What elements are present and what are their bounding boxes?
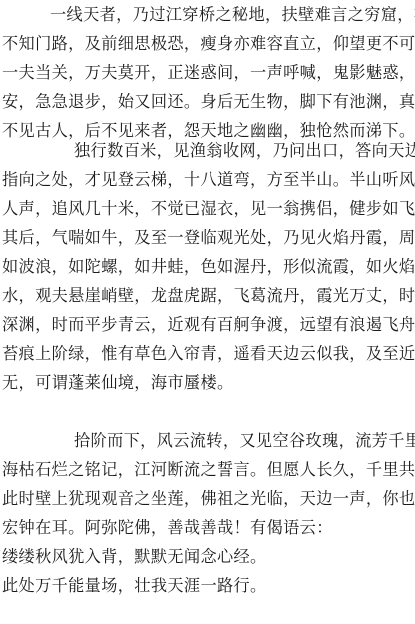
text-line: 一夫当关，万夫莫开，正迷惑间，一声呼喊，鬼影魅惑，心神不 [2, 58, 413, 87]
text-line: 无，可谓蓬莱仙境，海市蜃楼。 [2, 368, 234, 397]
text-line: 水，观夫悬崖峭壁，龙盘虎踞，飞葛流丹，霞光万丈，时而如临 [2, 281, 413, 310]
text-line: 独行数百米，见渔翁收网，乃问出口，答向天边，沿 [74, 136, 413, 165]
text-line: 人声，追风几十米，不觉已湿衣，见一翁携侣，健步如飞，紧随 [2, 194, 413, 223]
verse-line: 缕缕秋风犹入背，默默无闻念心经。 [2, 542, 267, 571]
text-line: 深渊，时而平步青云，近观有百舸争渡，远望有浪遏飞舟。不见 [2, 310, 413, 339]
text-line: 苔痕上阶绿，惟有草色入帘青，遥看天边云似我，及至近前云却 [2, 339, 413, 368]
text-line: 其后，气喘如牛，及至一登临观光处，乃见火焰丹霞，周围崖壁， [2, 223, 413, 252]
text-line: 安，急急退步，始又回还。身后无生物，脚下有池渊，真是：前 [2, 87, 413, 116]
verse-line: 此处万千能量场，壮我天涯一路行。 [2, 571, 267, 600]
text-line: 此时壁上犹现观音之坐莲，佛祖之光临，天边一声，你也来了， [2, 484, 413, 513]
text-line: 指向之处，才见登云梯，十八道弯，方至半山。半山听风，犹有 [2, 165, 413, 194]
text-line: 拾阶而下，风云流转，又见空谷玫瑰，流芳千里，乃 [74, 426, 413, 455]
text-line: 一线天者，乃过江穿桥之秘地，扶壁难言之穷窟，初入 [50, 0, 413, 29]
text-line: 如波浪，如陀螺，如井蛙，色如渥丹，形似流霞，如火焰，似流 [2, 252, 413, 281]
text-line: 不知门路，及前细思极恐，瘦身亦难容直立，仰望更不可观天， [2, 29, 413, 58]
text-line: 海枯石烂之铭记，江河断流之誓言。但愿人长久，千里共婵娟。 [2, 455, 413, 484]
text-line: 宏钟在耳。阿弥陀佛，善哉善哉！有偈语云： [2, 513, 333, 542]
